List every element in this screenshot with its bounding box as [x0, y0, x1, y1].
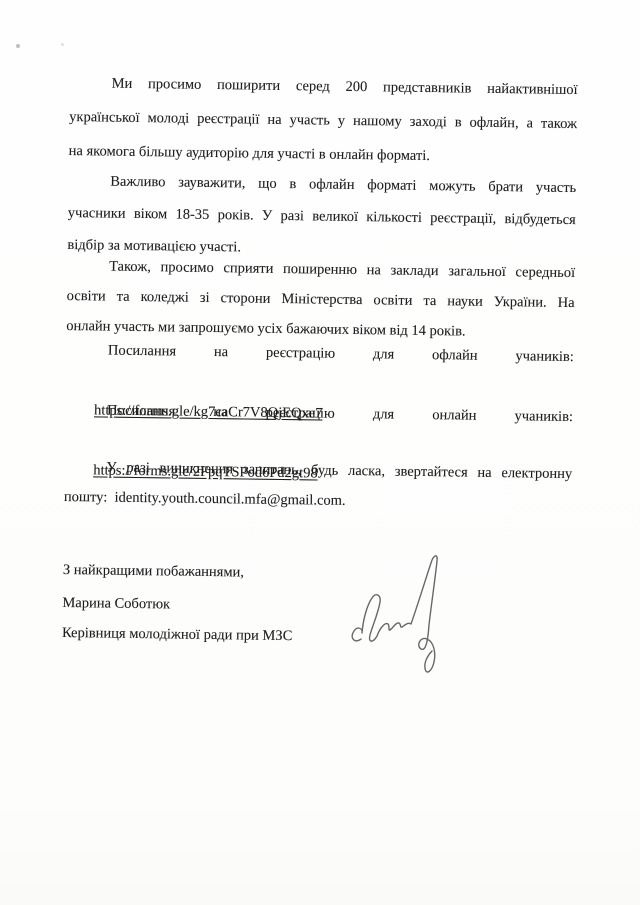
signature-handwriting	[340, 535, 485, 690]
contact-email-section: Уразівиникненнязапитань,будьласка,зверта…	[64, 453, 573, 519]
body-paragraph-distribution: Мипросимопоширитисеред200представниківна…	[68, 66, 577, 175]
body-paragraph-ministry-request: Також,просимосприятипоширеннюназакладиза…	[66, 251, 575, 348]
letter-body: Мипросимопоширитисеред200представниківна…	[58, 0, 579, 905]
scan-speck	[61, 43, 64, 46]
signature-block: З найкращими побажаннями, Марина Соботюк…	[62, 555, 571, 655]
scanned-letter-page: Мипросимопоширитисеред200представниківна…	[0, 0, 640, 905]
closing-line: З найкращими побажаннями,	[63, 555, 571, 592]
scan-speck	[16, 44, 20, 48]
signature-ink-icon	[340, 535, 485, 690]
sender-title: Керівниця молодіжної ради при МЗС	[62, 618, 570, 655]
